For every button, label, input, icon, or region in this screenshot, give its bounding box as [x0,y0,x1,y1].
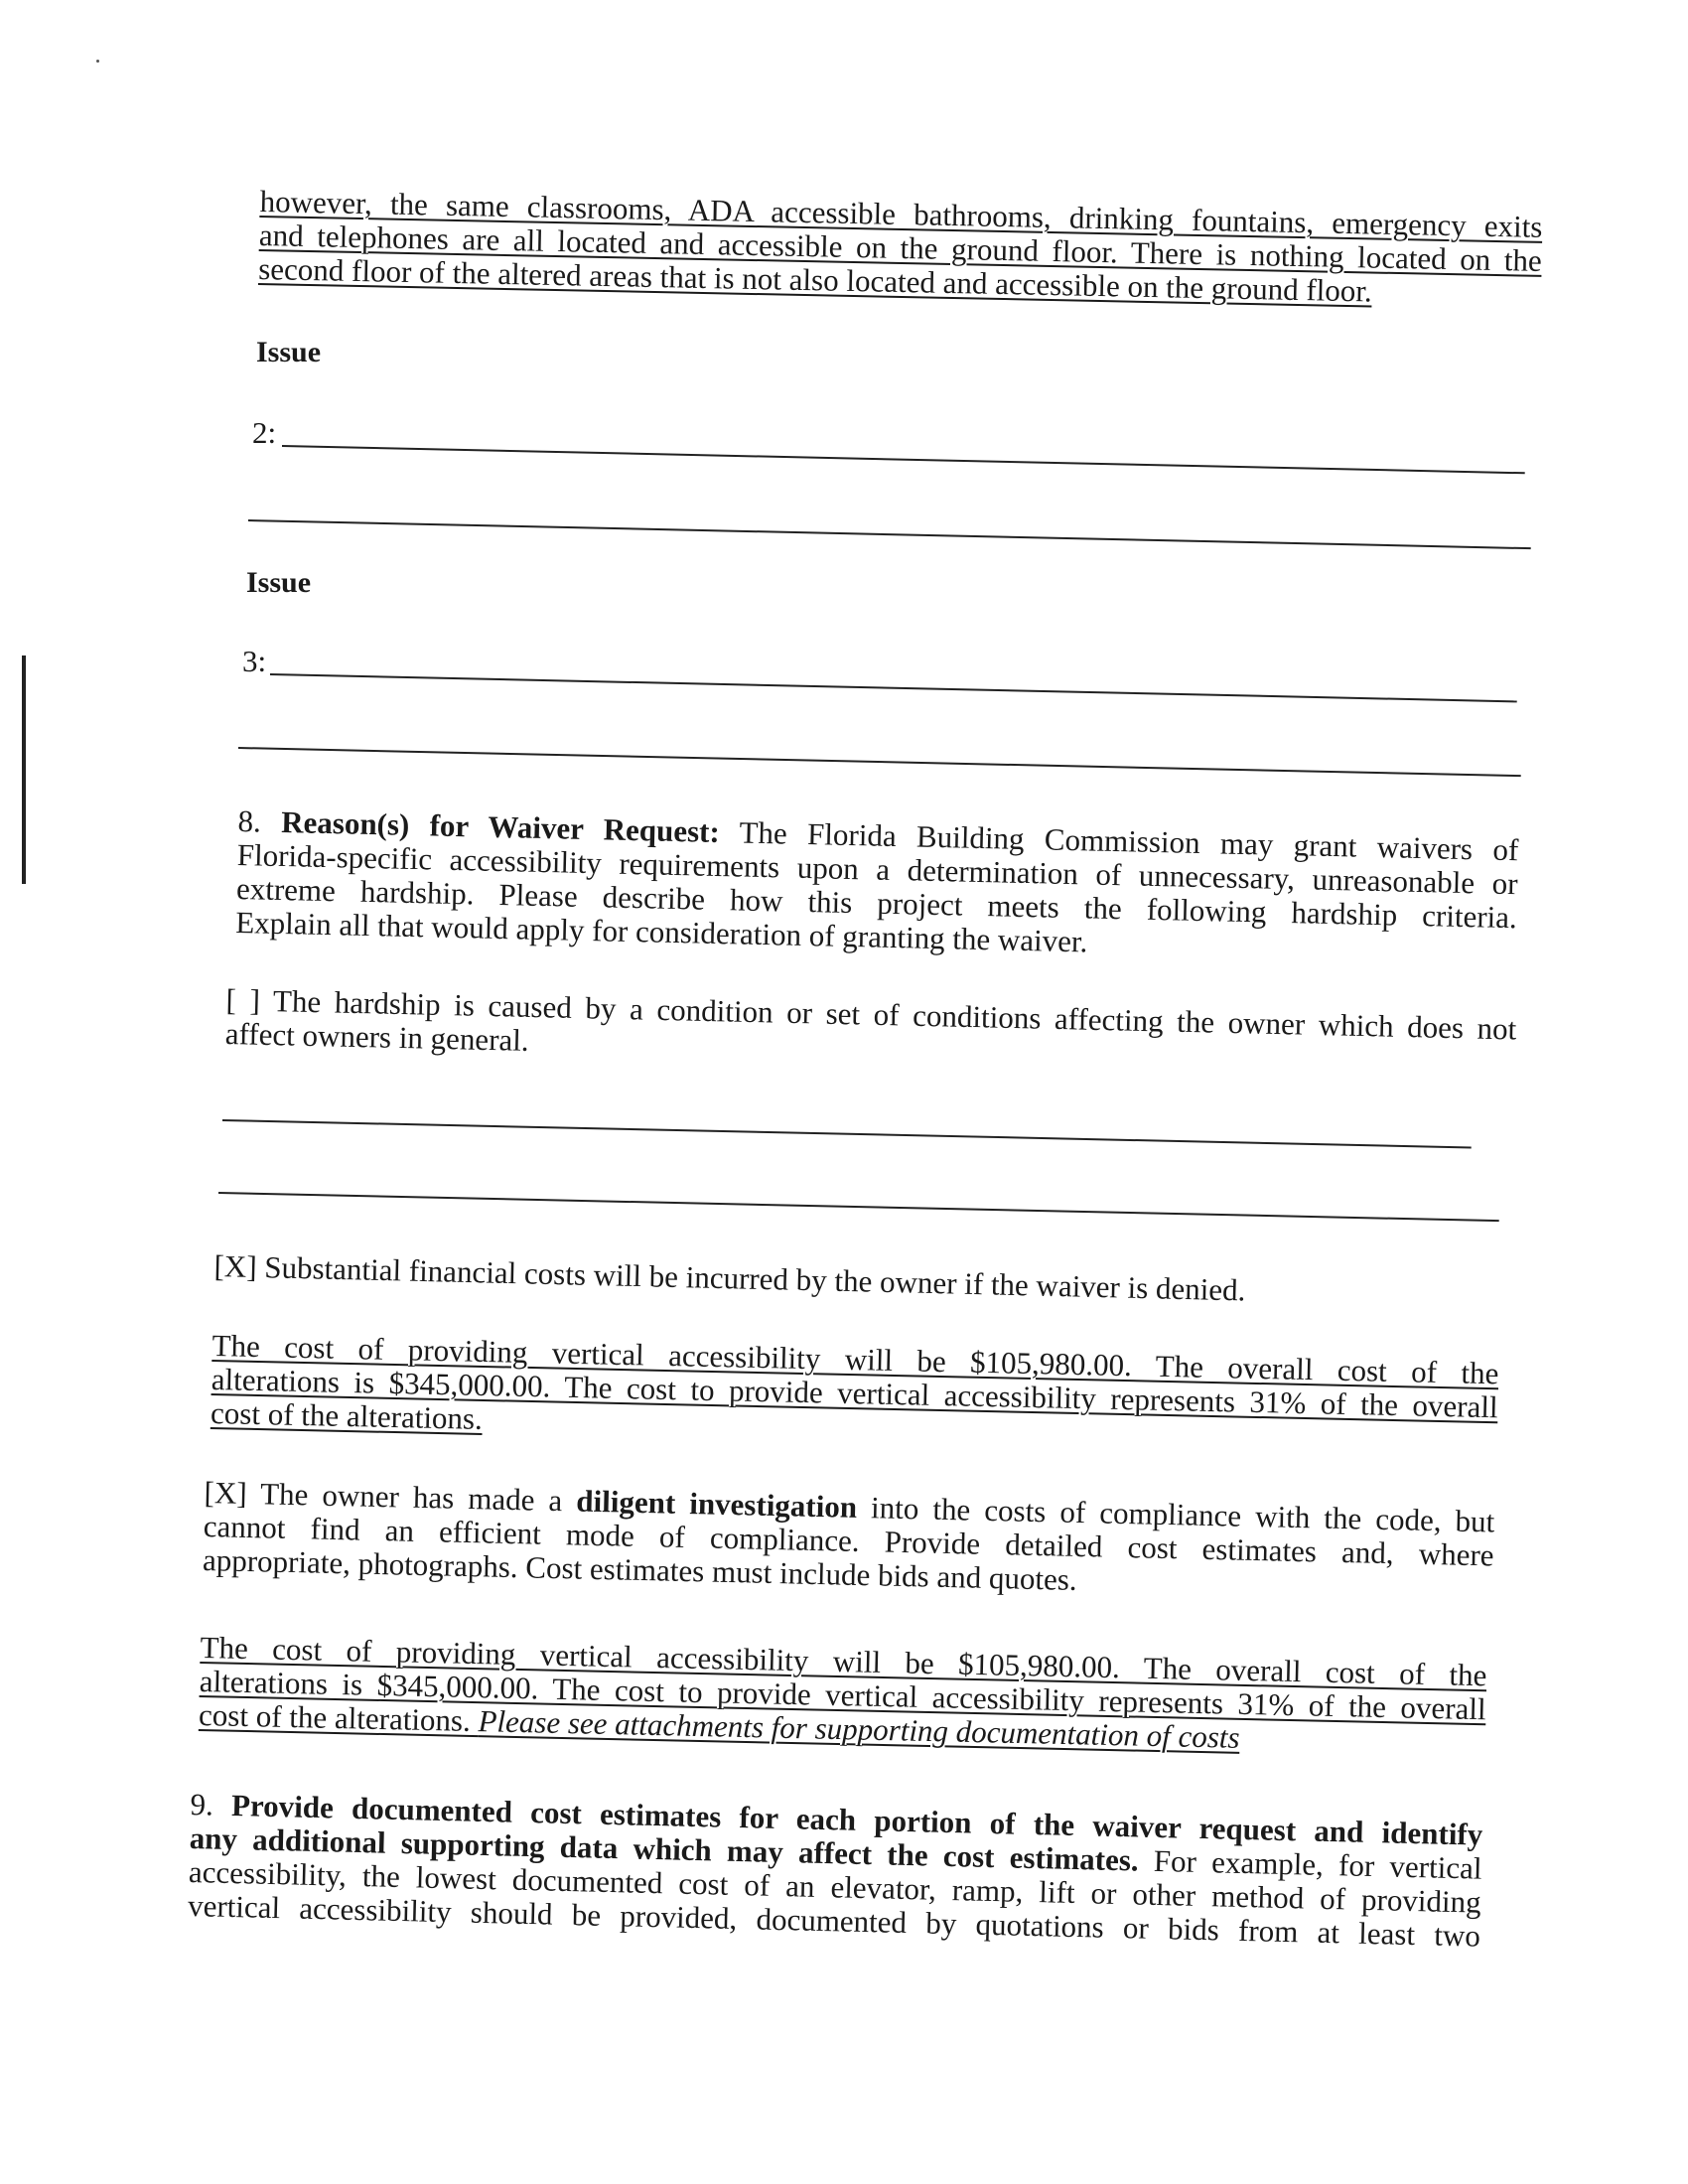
criterion-substantial-financial-costs: [X] Substantial financial costs will be … [213,1249,1405,1311]
criterion-diligent-investigation: [X] The owner has made a diligent invest… [203,1476,1495,1606]
section-8-intro: 8. Reason(s) for Waiver Request: The Flo… [235,804,1519,968]
checkbox-checked[interactable]: [X] [204,1475,247,1511]
issue-3-answer-line-2[interactable] [238,747,1521,777]
section-number: 8. [237,803,261,839]
criterion-condition-affecting-owner: [ ] The hardship is caused by a conditio… [224,983,1516,1080]
section-number: 9. [190,1787,213,1822]
criterion-1-answer-line-2[interactable] [218,1192,1499,1222]
issue-1-response-continuation: however, the same classrooms, ADA access… [258,185,1543,312]
issue-3-label: Issue [246,566,311,600]
checkbox-unchecked[interactable]: [ ] [225,982,260,1018]
criterion-3-response: The cost of providing vertical accessibi… [199,1631,1487,1760]
issue-3-number: 3: [242,644,266,679]
scanned-document-page: however, the same classrooms, ADA access… [0,0,1688,2184]
criterion-2-response: The cost of providing vertical accessibi… [211,1329,1499,1458]
issue-3-answer-line-1[interactable] [270,673,1517,702]
issue-2-label: Issue [256,336,321,369]
scan-edge-mark [22,655,26,884]
checkbox-checked[interactable]: [X] [213,1248,257,1284]
issue-2-answer-line-1[interactable] [282,445,1525,474]
scan-speck [96,60,99,63]
section-9: 9. Provide documented cost estimates for… [188,1788,1483,1954]
issue-2-answer-line-2[interactable] [248,519,1531,549]
criterion-1-answer-line-1[interactable] [222,1119,1472,1148]
issue-2-number: 2: [252,415,276,451]
